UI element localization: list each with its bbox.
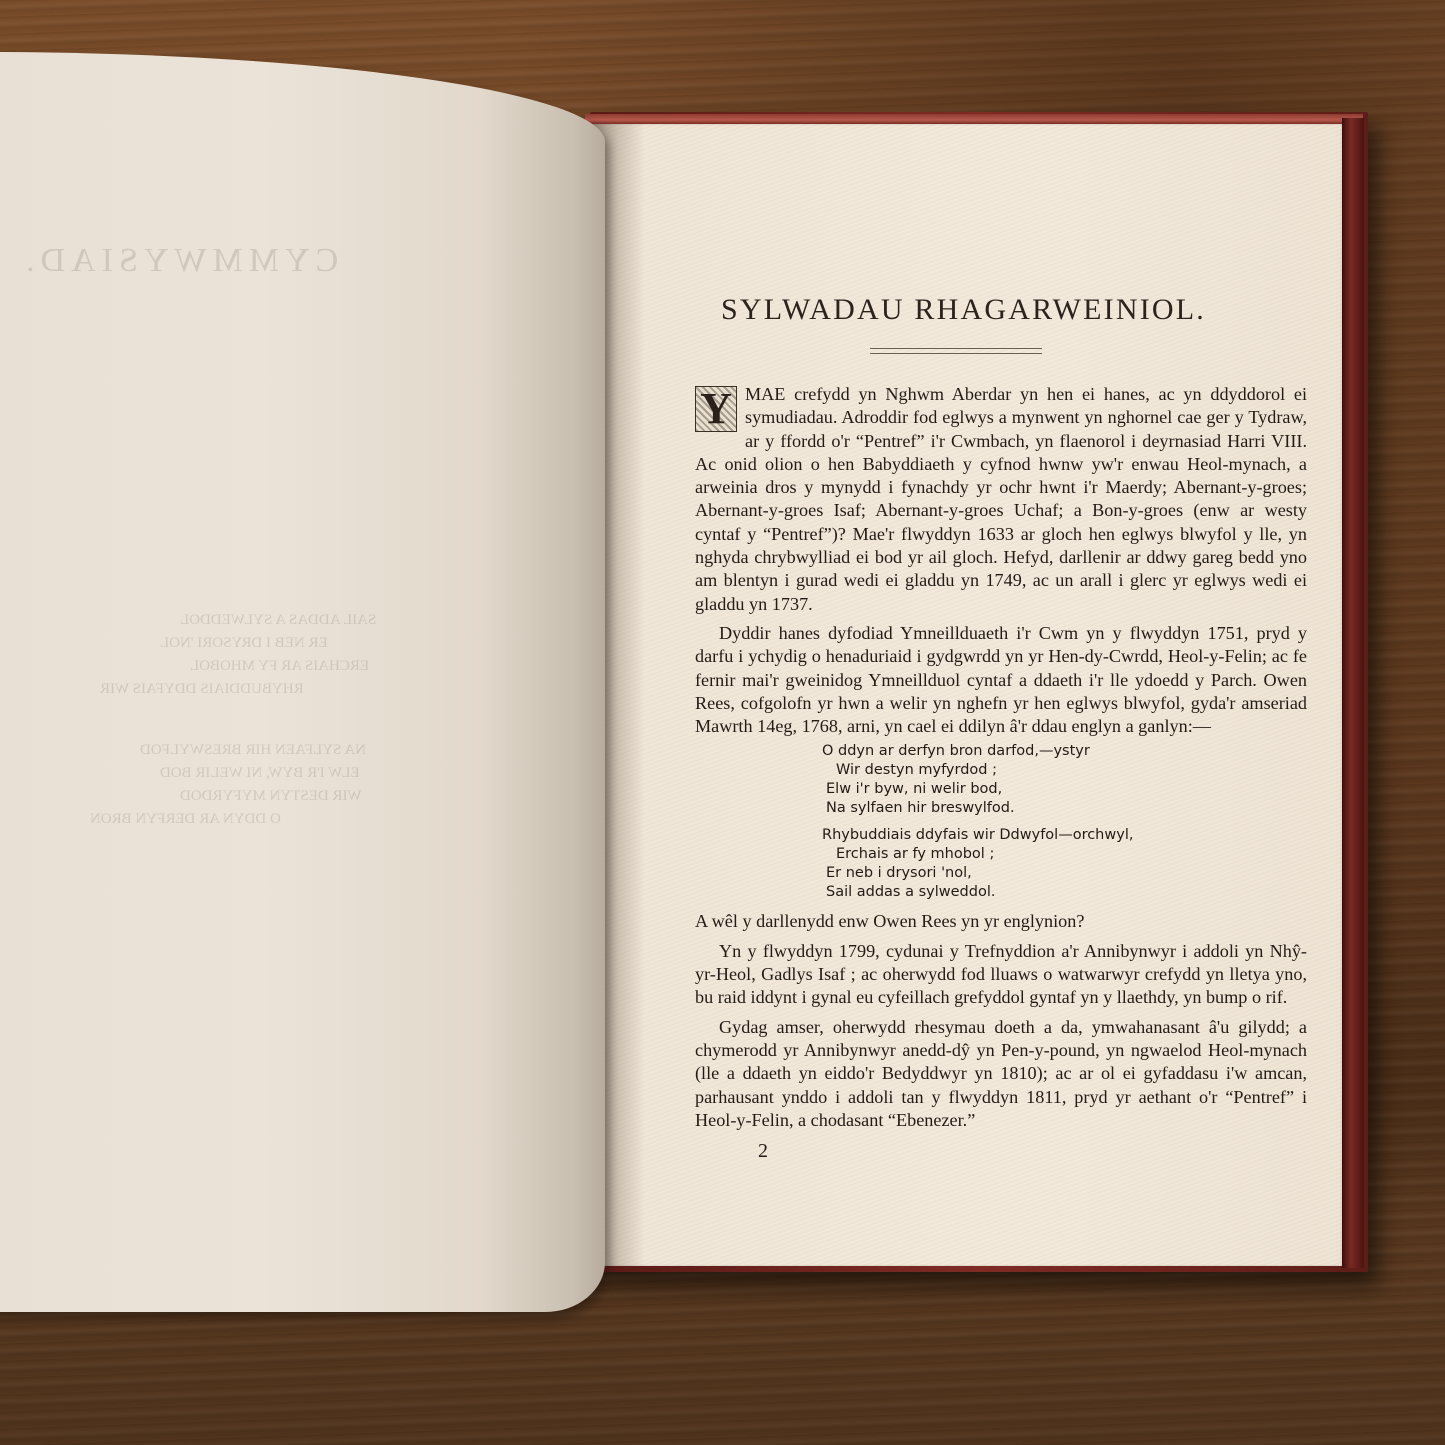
bleed-line: O DDYN AR DERFYN BRON — [90, 811, 281, 828]
drop-cap-ornament: Y — [695, 386, 737, 432]
paragraph-4: Yn y flwyddyn 1799, cydunai y Trefnyddio… — [695, 940, 1307, 1010]
poem-line: Elw i'r byw, ni welir bod, — [822, 780, 1307, 799]
poem-line: Rhybuddiais ddyfais wir Ddwyfol—orchwyl, — [822, 826, 1307, 845]
bleed-line: RHYBUDDIAIS DDYFAIS WIR — [100, 681, 304, 698]
bleed-through-title: CYMMWYSIAD. — [20, 242, 338, 280]
poem-line: Sail addas a sylweddol. — [822, 883, 1307, 902]
cover-edge-right — [1342, 118, 1364, 1268]
bleed-line: WIR DESTYN MYFYRDOD — [180, 788, 362, 805]
paragraph-text: MAE crefydd yn Nghwm Aberdar yn hen ei h… — [695, 384, 1307, 614]
poem-line: Wir destyn myfyrdod ; — [822, 761, 1307, 780]
title-double-rule — [870, 348, 1042, 354]
paragraph-2: Dyddir hanes dyfodiad Ymneillduaeth i'r … — [695, 622, 1307, 738]
poem-line: O ddyn ar derfyn bron darfod,—ystyr — [822, 742, 1307, 761]
page-title: SYLWADAU RHAGARWEINIOL. — [585, 293, 1342, 327]
poem-line: Erchais ar fy mhobol ; — [822, 845, 1307, 864]
paragraph-3: A wêl y darllenydd enw Owen Rees yn yr e… — [695, 910, 1307, 933]
cover-edge-top — [585, 114, 1363, 124]
page-body: Y MAE crefydd yn Nghwm Aberdar yn hen ei… — [695, 383, 1307, 1132]
bleed-line: ELW I'R BYW, NI WELIR BOD — [160, 765, 360, 782]
poem-line: Er neb i drysori 'nol, — [822, 864, 1307, 883]
bleed-line: SAIL ADDAS A SYLWEDDOL — [180, 612, 376, 629]
bleed-line: ERCHAIS AR FY MHOBOL — [190, 658, 369, 675]
poem-stanza-2: Rhybuddiais ddyfais wir Ddwyfol—orchwyl,… — [822, 826, 1307, 902]
poem-stanza-1: O ddyn ar derfyn bron darfod,—ystyr Wir … — [822, 742, 1307, 818]
paragraph-5: Gydag amser, oherwydd rhesymau doeth a d… — [695, 1016, 1307, 1132]
bleed-line: ER NEB I DRYSORI 'NOL — [160, 635, 328, 652]
bleed-line: NA SYLFAEN HIR BRESWYLFOD — [140, 742, 366, 759]
englyn-poem: O ddyn ar derfyn bron darfod,—ystyr Wir … — [822, 742, 1307, 902]
poem-line: Na sylfaen hir breswylfod. — [822, 799, 1307, 818]
paragraph-1: Y MAE crefydd yn Nghwm Aberdar yn hen ei… — [695, 383, 1307, 616]
left-page: CYMMWYSIAD. SAIL ADDAS A SYLWEDDOL ER NE… — [0, 52, 605, 1312]
page-number: 2 — [758, 1140, 768, 1163]
